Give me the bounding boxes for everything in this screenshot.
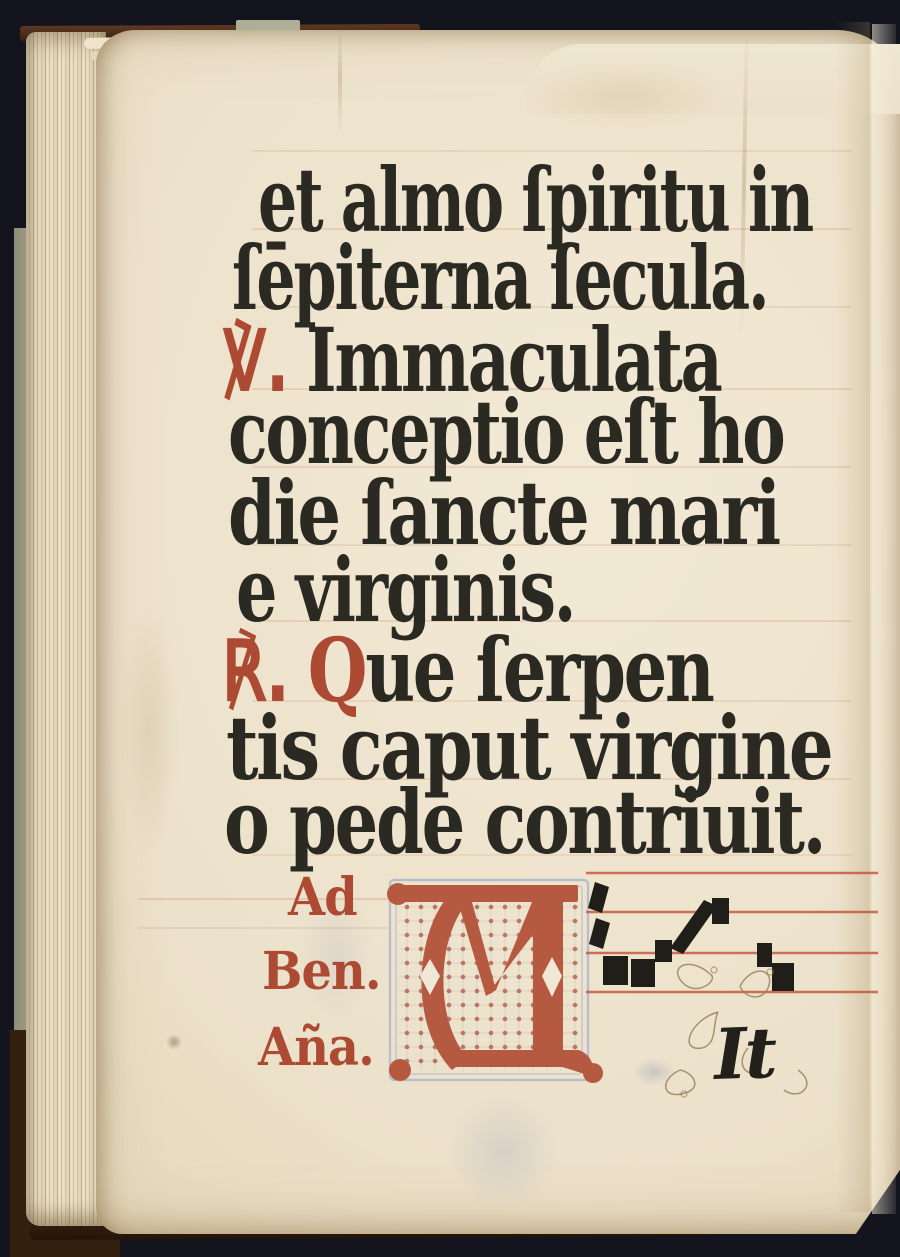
page-stack-edges (26, 32, 106, 1226)
manuscript-photo: et almo ſpiritu in ſēpiterna ſecula. ℣. … (0, 0, 900, 1257)
neume-punctum (603, 956, 628, 985)
parchment-spot (166, 1034, 182, 1050)
margin-rubric-ana: Aña. (258, 1022, 374, 1074)
margin-rubric-ben: Ben. (262, 946, 381, 998)
neume-lozenge (589, 918, 610, 949)
text-span: o pede contriuit. (224, 770, 824, 874)
parchment-stain (520, 58, 730, 132)
neume-oblique (670, 900, 717, 954)
text-line-9: o pede contriuit. (224, 778, 824, 866)
neume-punctum (712, 898, 729, 924)
penwork-word: It (713, 1011, 777, 1096)
parchment-stain (120, 600, 180, 860)
ink-offset-smudge (448, 1092, 558, 1210)
parchment-crease (338, 24, 342, 134)
illuminated-initial-A: A (386, 872, 606, 1094)
neume-lozenge (588, 882, 609, 913)
margin-rubric-ad: Ad (288, 872, 357, 924)
